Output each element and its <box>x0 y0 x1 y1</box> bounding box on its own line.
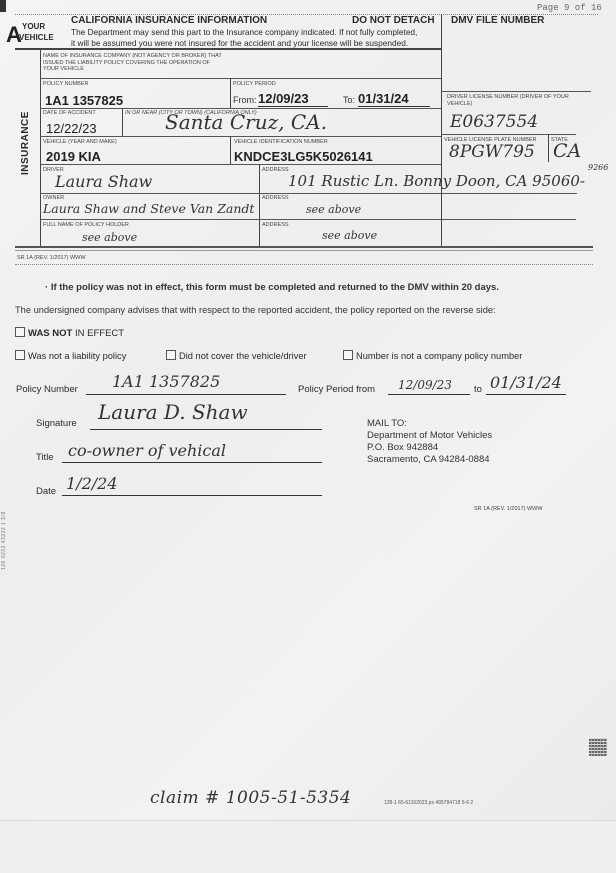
row-divider <box>40 164 441 165</box>
title-value[interactable]: co-owner of vehical <box>68 441 226 460</box>
date-value[interactable]: 1/2/24 <box>66 474 118 493</box>
not-liability-checkbox[interactable] <box>15 350 25 360</box>
policy-from-value[interactable]: 12/09/23 <box>258 91 328 107</box>
policy-holder-address-label: ADDRESS <box>262 222 289 229</box>
print-code: 128-1 65-61162023.px 495784718 5-6 2 <box>384 800 473 806</box>
vin-label: VEHICLE IDENTIFICATION NUMBER <box>234 139 328 146</box>
did-not-cover-label: Did not cover the vehicle/driver <box>179 351 307 361</box>
form-code-bottom: SR 1A (REV. 1/2017) WWW <box>474 506 543 512</box>
insurance-left-border <box>40 50 41 246</box>
vehicle-value[interactable]: 2019 KIA <box>46 149 101 164</box>
row-divider <box>40 193 441 194</box>
driver-address-value[interactable]: 101 Rustic Ln. Bonny Doon, CA 95060- <box>288 172 585 190</box>
signature-label: Signature <box>36 418 77 429</box>
date-of-accident-label: DATE OF ACCIDENT <box>43 110 96 117</box>
company-name-label: NAME OF INSURANCE COMPANY (NOT AGENCY OR… <box>43 53 223 73</box>
form-title: CALIFORNIA INSURANCE INFORMATION <box>71 15 267 26</box>
state-value[interactable]: CA <box>553 140 581 162</box>
mail-to-line1: Department of Motor Vehicles <box>367 430 492 442</box>
policy-period-to-line <box>486 394 566 395</box>
option-did-not-cover[interactable]: Did not cover the vehicle/driver <box>166 350 307 361</box>
header-divider <box>15 48 441 50</box>
return-notice-text: If the policy was not in effect, this fo… <box>51 282 499 293</box>
side-print-code: 126 0232 43322 1 Ʃ/8 <box>1 511 7 570</box>
perforation-line <box>15 264 593 265</box>
plate-top-border <box>441 134 576 135</box>
form-bottom-border-thin <box>15 250 593 251</box>
corner-registration-mark <box>0 0 6 12</box>
col-divider <box>230 78 231 108</box>
policy-number-label-rev: Policy Number <box>16 384 78 395</box>
was-not-label: WAS NOT <box>28 328 72 339</box>
do-not-detach-label: DO NOT DETACH <box>352 15 435 26</box>
policy-period-from-value[interactable]: 12/09/23 <box>398 378 452 392</box>
form-bottom-border <box>15 246 593 248</box>
date-line <box>62 495 322 496</box>
section-vehicle-label: VEHICLE <box>19 33 54 42</box>
was-not-in-effect-option[interactable]: WAS NOT IN EFFECT <box>15 327 124 339</box>
plate-value[interactable]: 8PGW795 <box>449 142 535 162</box>
not-liability-label: Was not a liability policy <box>28 351 126 361</box>
date-of-accident-value[interactable]: 12/22/23 <box>46 121 97 136</box>
insurance-side-label: INSURANCE <box>20 111 31 175</box>
mail-to-heading: MAIL TO: <box>367 418 492 430</box>
signature-line <box>90 429 322 430</box>
row-divider <box>40 219 576 220</box>
driver-address-label: ADDRESS <box>262 167 289 174</box>
policy-number-value[interactable]: 1A1 1357825 <box>45 93 123 108</box>
vin-value[interactable]: KNDCE3LG5K5026141 <box>234 149 373 164</box>
document-page: Page 9 of 16 A YOUR VEHICLE CALIFORNIA I… <box>0 0 616 820</box>
in-effect-label: IN EFFECT <box>72 328 124 339</box>
address-column-divider <box>259 164 260 246</box>
driver-value[interactable]: Laura Shaw <box>55 172 152 191</box>
page-indicator: Page 9 of 16 <box>537 3 602 13</box>
row-divider <box>40 78 441 79</box>
owner-address-label: ADDRESS <box>262 195 289 202</box>
policy-holder-label: FULL NAME OF POLICY HOLDER <box>43 222 129 229</box>
signature-value[interactable]: Laura D. Shaw <box>98 400 248 424</box>
option-not-liability[interactable]: Was not a liability policy <box>15 350 126 361</box>
policy-period-from-line <box>388 394 470 395</box>
policy-to-value[interactable]: 01/31/24 <box>358 91 430 107</box>
mail-to-line2: P.O. Box 942884 <box>367 442 492 454</box>
policy-to-label: To: <box>343 95 355 105</box>
vehicle-label: VEHICLE (YEAR AND MAKE) <box>43 139 117 146</box>
col-divider <box>122 108 123 136</box>
row-divider <box>40 136 441 137</box>
owner-value[interactable]: Laura Shaw and Steve Van Zandt <box>43 201 254 216</box>
claim-number-handwritten[interactable]: claim # 1005-51-5354 <box>150 788 351 808</box>
advise-text: The undersigned company advises that wit… <box>15 305 496 315</box>
date-label: Date <box>36 486 56 497</box>
form-code-top: SR 1A (REV. 1/2017) WWW <box>17 255 86 261</box>
policy-number-value-rev[interactable]: 1A1 1357825 <box>112 372 220 391</box>
title-label: Title <box>36 452 54 463</box>
policy-number-line <box>86 394 286 395</box>
policy-holder-address-value[interactable]: see above <box>322 229 377 242</box>
driver-license-label: DRIVER LICENSE NUMBER (DRIVER OF YOUR VE… <box>447 94 587 107</box>
driver-license-value[interactable]: E0637554 <box>450 112 538 132</box>
col-divider <box>548 134 549 162</box>
not-company-number-checkbox[interactable] <box>343 350 353 360</box>
policy-number-label: POLICY NUMBER <box>43 81 88 88</box>
mail-to-line3: Sacramento, CA 94284-0884 <box>367 454 492 466</box>
policy-period-from-label: Policy Period from <box>298 384 375 395</box>
scan-bottom-margin <box>0 820 616 873</box>
policy-holder-value[interactable]: see above <box>82 231 137 244</box>
form-notice: The Department may send this part to the… <box>71 27 441 49</box>
form-notice-line1: The Department may send this part to the… <box>71 27 441 38</box>
did-not-cover-checkbox[interactable] <box>166 350 176 360</box>
row-divider <box>441 193 577 194</box>
title-line <box>62 462 322 463</box>
policy-period-to-label: to <box>474 384 482 395</box>
policy-from-label: From: <box>233 95 257 105</box>
mail-to-block: MAIL TO: Department of Motor Vehicles P.… <box>367 418 492 466</box>
was-not-in-effect-checkbox[interactable] <box>15 327 25 337</box>
dl-top-border <box>441 91 591 92</box>
policy-period-to-value[interactable]: 01/31/24 <box>490 373 562 392</box>
owner-address-value[interactable]: see above <box>306 203 361 216</box>
return-notice: · If the policy was not in effect, this … <box>45 282 499 293</box>
not-company-number-label: Number is not a company policy number <box>356 351 522 361</box>
dmv-file-number-label: DMV FILE NUMBER <box>451 15 544 26</box>
row-divider <box>40 108 441 109</box>
policy-period-label: POLICY PERIOD <box>233 81 276 88</box>
location-value[interactable]: Santa Cruz, CA. <box>165 110 327 134</box>
option-not-company-number[interactable]: Number is not a company policy number <box>343 350 522 361</box>
driver-address-zip-ext[interactable]: 9266 <box>588 163 608 172</box>
col-divider <box>230 136 231 164</box>
barcode-overlay <box>589 738 607 756</box>
section-your-label: YOUR <box>22 22 45 31</box>
dmv-column-divider <box>441 14 442 246</box>
